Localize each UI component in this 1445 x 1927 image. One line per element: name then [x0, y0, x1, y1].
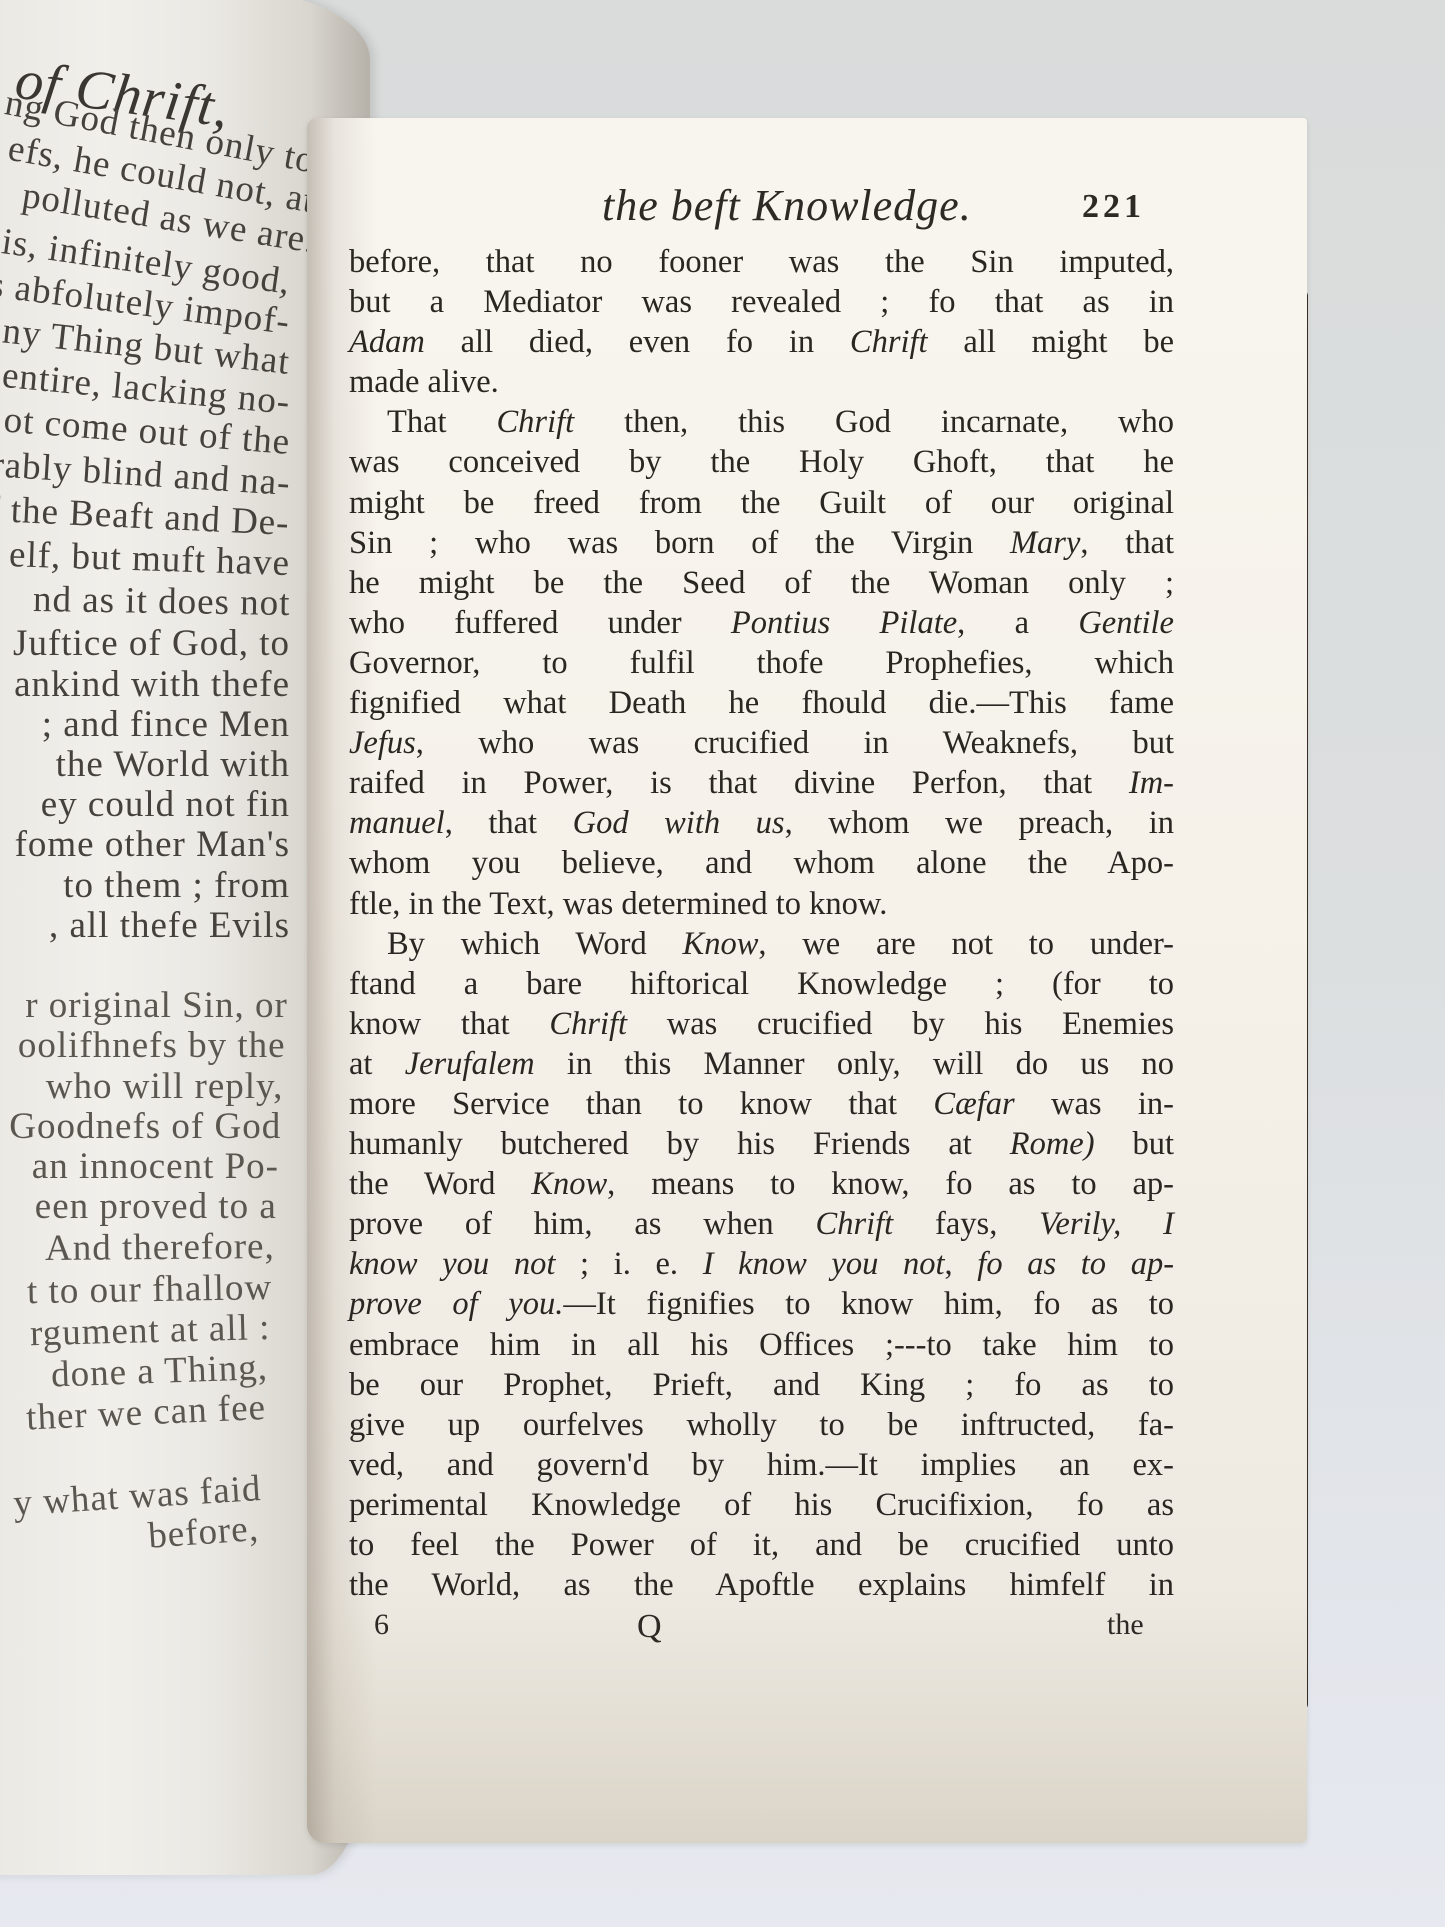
text-run: fays, — [893, 1206, 1039, 1242]
text-line: but a Mediator was revealed ; fo that as… — [349, 282, 1174, 322]
italic-text: Im- — [1129, 765, 1174, 801]
italic-text: fo as to ap- — [977, 1246, 1174, 1282]
signature-letter: Q — [637, 1608, 662, 1646]
italic-text: Cæfar — [933, 1086, 1014, 1122]
text-line: made alive. — [349, 362, 1174, 402]
text-line: manuel, that God with us, whom we preach… — [349, 803, 1174, 843]
italic-text: Jefus — [349, 725, 416, 761]
text-line: embrace him in all his Offices ;---to ta… — [349, 1325, 1174, 1365]
left-text-line: Goodnefs of God — [9, 1105, 281, 1148]
italic-text: prove of you. — [349, 1286, 563, 1322]
italic-text: Chrift — [549, 1006, 627, 1042]
text-run: was conceived by the Holy Ghoft, that he — [349, 444, 1174, 480]
italic-text: know you not — [349, 1246, 555, 1282]
text-line: That Chrift then, this God incarnate, wh… — [349, 402, 1174, 442]
text-run: the World, as the Apoftle explains himfe… — [349, 1567, 1174, 1603]
text-line: the Word Know, means to know, fo as to a… — [349, 1164, 1174, 1204]
text-run: ; i. e. — [555, 1246, 702, 1282]
italic-text: Rome) — [1010, 1126, 1095, 1162]
text-run: , who was crucified in Weaknefs, but — [416, 725, 1174, 761]
text-line: be our Prophet, Prieft, and King ; fo as… — [349, 1365, 1174, 1405]
text-line: know that Chrift was crucified by his En… — [349, 1004, 1174, 1044]
text-line: he might be the Seed of the Woman only ; — [349, 563, 1174, 603]
text-run: ftand a bare hiftorical Knowledge ; (for… — [349, 966, 1174, 1002]
left-text-line: an innocent Po- — [32, 1145, 279, 1188]
text-run: prove of him, as when — [349, 1206, 816, 1242]
text-run: he might be the Seed of the Woman only ; — [349, 565, 1174, 601]
text-run: the Word — [349, 1166, 531, 1202]
text-run: Governor, to fulfil thofe Prophefies, wh… — [349, 645, 1174, 681]
italic-text: Chrift — [816, 1206, 894, 1242]
text-run: , means to know, fo as to ap- — [607, 1166, 1174, 1202]
text-run: ved, and govern'd by him.—It implies an … — [349, 1447, 1174, 1483]
left-text-line: to them ; from — [63, 864, 290, 907]
left-text-line: een proved to a — [35, 1185, 277, 1228]
text-line: prove of him, as when Chrift fays, Veril… — [349, 1204, 1174, 1244]
text-line: ved, and govern'd by him.—It implies an … — [349, 1445, 1174, 1485]
text-run: before, that no fooner was the Sin imput… — [349, 244, 1174, 280]
text-run: in this Manner only, will do us no — [535, 1046, 1174, 1082]
left-text-line: fome other Man's — [15, 823, 290, 866]
italic-text: Gentile — [1078, 605, 1174, 641]
text-line: raifed in Power, is that divine Perfon, … — [349, 763, 1174, 803]
text-line: perimental Knowledge of his Crucifixion,… — [349, 1485, 1174, 1525]
italic-text: Mary — [1010, 525, 1080, 561]
text-run: ftle, in the Text, was determined to kno… — [349, 886, 887, 922]
text-line: to feel the Power of it, and be crucifie… — [349, 1525, 1174, 1565]
text-line: whom you believe, and whom alone the Apo… — [349, 843, 1174, 883]
italic-text: Chrift — [850, 324, 928, 360]
text-run: made alive. — [349, 364, 499, 400]
text-line: might be freed from the Guilt of our ori… — [349, 483, 1174, 523]
text-run: be our Prophet, Prieft, and King ; fo as… — [349, 1367, 1174, 1403]
text-run: all might be — [928, 324, 1174, 360]
text-line: By which Word Know, we are not to under- — [349, 924, 1174, 964]
text-line: ftand a bare hiftorical Knowledge ; (for… — [349, 964, 1174, 1004]
text-run: fignified what Death he fhould die.—This… — [349, 685, 1174, 721]
page-foxing — [307, 1603, 1307, 1843]
text-line: Governor, to fulfil thofe Prophefies, wh… — [349, 643, 1174, 683]
left-text-line: t to our fhallow — [27, 1266, 273, 1313]
text-line: more Service than to know that Cæfar was… — [349, 1084, 1174, 1124]
text-run: —It fignifies to know him, fo as to — [563, 1286, 1174, 1322]
text-run: might be freed from the Guilt of our ori… — [349, 485, 1174, 521]
italic-text: Jerufalem — [405, 1046, 535, 1082]
text-run: By which Word — [387, 926, 683, 962]
left-text-line: nd as it does not — [32, 578, 290, 625]
text-line: at Jerufalem in this Manner only, will d… — [349, 1044, 1174, 1084]
text-run: who fuffered under — [349, 605, 731, 641]
text-run: perimental Knowledge of his Crucifixion,… — [349, 1487, 1174, 1523]
text-run: at — [349, 1046, 405, 1082]
right-page: the beft Knowledge. 221 before, that no … — [307, 118, 1307, 1843]
text-run: That — [387, 404, 497, 440]
text-line: humanly butchered by his Friends at Rome… — [349, 1124, 1174, 1164]
text-run: then, this God incarnate, who — [574, 404, 1174, 440]
text-line: Sin ; who was born of the Virgin Mary, t… — [349, 523, 1174, 563]
italic-text: God with us — [573, 805, 785, 841]
text-run: embrace him in all his Offices ;---to ta… — [349, 1327, 1174, 1363]
left-text-line: oolifhnefs by the — [18, 1024, 286, 1067]
left-text-line: ther we can fee — [25, 1386, 267, 1439]
text-run: but a Mediator was revealed ; fo that as… — [349, 284, 1174, 320]
text-run: whom you believe, and whom alone the Apo… — [349, 845, 1174, 881]
text-line: give up ourfelves wholly to be inftructe… — [349, 1405, 1174, 1445]
italic-text: Know — [683, 926, 759, 962]
left-text-line: elf, but muft have — [8, 533, 290, 585]
catchword: the — [1107, 1608, 1144, 1642]
text-run: but — [1095, 1126, 1174, 1162]
text-line: fignified what Death he fhould die.—This… — [349, 683, 1174, 723]
text-run: , whom we preach, in — [785, 805, 1174, 841]
text-run: was crucified by his Enemies — [627, 1006, 1174, 1042]
text-line: who fuffered under Pontius Pilate, a Gen… — [349, 603, 1174, 643]
italic-text: Verily, I — [1039, 1206, 1174, 1242]
body-text: before, that no fooner was the Sin imput… — [349, 242, 1174, 1605]
left-text-line: And therefore, — [45, 1225, 275, 1270]
italic-text: manuel — [349, 805, 445, 841]
text-line: before, that no fooner was the Sin imput… — [349, 242, 1174, 282]
text-line: prove of you.—It fignifies to know him, … — [349, 1284, 1174, 1324]
left-text-line: before, — [147, 1507, 260, 1558]
text-line: Adam all died, even fo in Chrift all mig… — [349, 322, 1174, 362]
page-number: 221 — [1082, 188, 1145, 226]
left-text-line: ; and fince Men — [42, 703, 290, 746]
left-text-line: , all thefe Evils — [49, 904, 290, 947]
text-line: know you not ; i. e. I know you not, fo … — [349, 1244, 1174, 1284]
running-head: the beft Knowledge. — [602, 180, 972, 231]
text-run: to feel the Power of it, and be crucifie… — [349, 1527, 1174, 1563]
italic-text: Adam — [349, 324, 425, 360]
left-text-line: who will reply, — [46, 1065, 284, 1108]
left-text-line: ankind with thefe — [14, 663, 290, 706]
left-text-line: ey could not fin — [41, 783, 290, 826]
italic-text: Chrift — [497, 404, 575, 440]
signature-number: 6 — [374, 1608, 389, 1642]
text-run: give up ourfelves wholly to be inftructe… — [349, 1407, 1174, 1443]
text-line: the World, as the Apoftle explains himfe… — [349, 1565, 1174, 1605]
text-run: , — [945, 1246, 978, 1282]
text-line: was conceived by the Holy Ghoft, that he — [349, 442, 1174, 482]
text-run: , that — [445, 805, 573, 841]
left-text-line: r original Sin, or — [25, 984, 288, 1027]
italic-text: Pontius Pilate — [731, 605, 957, 641]
text-line: ftle, in the Text, was determined to kno… — [349, 884, 1174, 924]
text-run: , we are not to under- — [758, 926, 1174, 962]
text-run: humanly butchered by his Friends at — [349, 1126, 1010, 1162]
text-run: was in- — [1015, 1086, 1174, 1122]
text-run: , that — [1080, 525, 1174, 561]
left-text-line: the World with — [56, 743, 290, 786]
italic-text: I know you not — [703, 1246, 945, 1282]
text-run: more Service than to know that — [349, 1086, 933, 1122]
text-run: all died, even fo in — [425, 324, 850, 360]
text-run: , a — [957, 605, 1078, 641]
text-line: Jefus, who was crucified in Weaknefs, bu… — [349, 723, 1174, 763]
left-text-line: Juftice of God, to — [13, 622, 290, 665]
text-run: raifed in Power, is that divine Perfon, … — [349, 765, 1129, 801]
text-run: Sin ; who was born of the Virgin — [349, 525, 1010, 561]
italic-text: Know — [531, 1166, 607, 1202]
text-run: know that — [349, 1006, 549, 1042]
